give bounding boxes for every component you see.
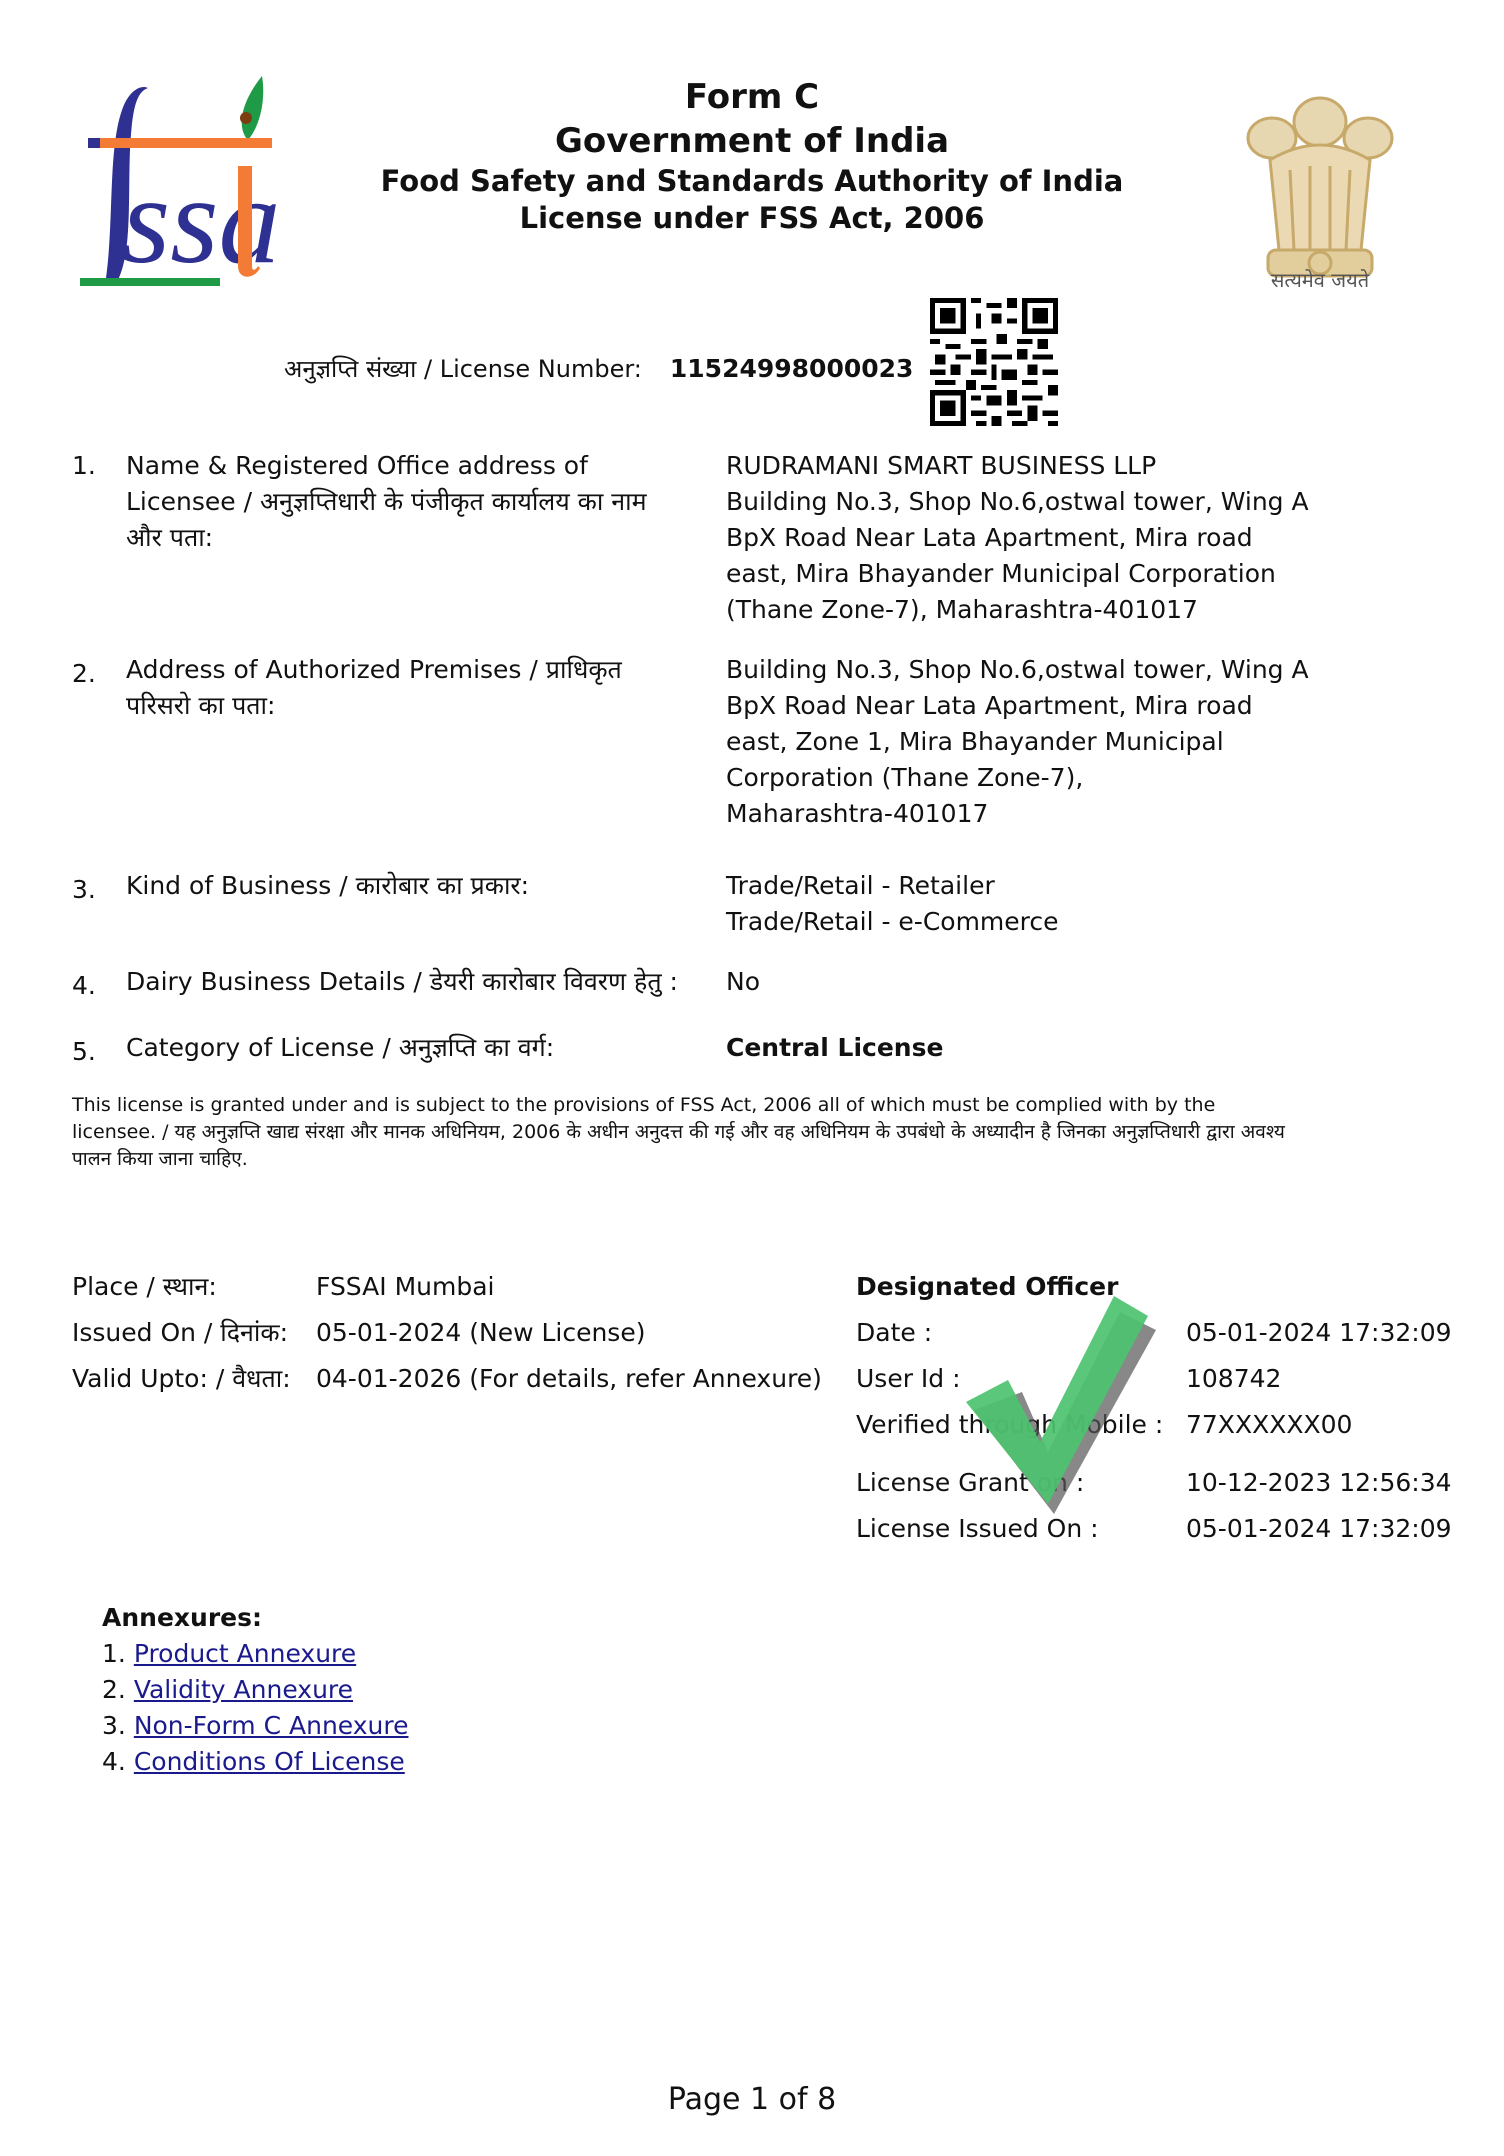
issued-value: 05-01-2024 (New License) xyxy=(316,1310,645,1356)
annexure-item: 3. Non-Form C Annexure xyxy=(102,1708,408,1744)
address-line: east, Mira Bhayander Municipal Corporati… xyxy=(726,556,1346,592)
document-header: Form C Government of India Food Safety a… xyxy=(300,76,1204,237)
field-label: Kind of Business / कारोबार का प्रकार: xyxy=(126,868,686,904)
field-number: 4. xyxy=(72,968,122,1004)
place-label: Place / स्थान: xyxy=(72,1264,316,1310)
address-line: Maharashtra-401017 xyxy=(726,796,1346,832)
annexure-number: 4. xyxy=(102,1747,126,1776)
annexure-item: 4. Conditions Of License xyxy=(102,1744,408,1780)
validity-annexure-link[interactable]: Validity Annexure xyxy=(134,1675,353,1704)
annexures-heading: Annexures: xyxy=(102,1600,408,1636)
field-value: No xyxy=(726,964,1346,1000)
product-annexure-link[interactable]: Product Annexure xyxy=(134,1639,356,1668)
license-issued-value: 05-01-2024 17:32:09 xyxy=(1186,1506,1452,1552)
address-line: Corporation (Thane Zone-7), xyxy=(726,760,1346,796)
conditions-of-license-link[interactable]: Conditions Of License xyxy=(134,1747,405,1776)
valid-label: Valid Upto: / वैधता: xyxy=(72,1356,316,1402)
license-meta: Place / स्थान: FSSAI Mumbai Issued On / … xyxy=(72,1264,822,1402)
officer-date-value: 05-01-2024 17:32:09 xyxy=(1186,1310,1452,1356)
address-line: Building No.3, Shop No.6,ostwal tower, W… xyxy=(726,484,1346,520)
annexure-number: 2. xyxy=(102,1675,126,1704)
address-line: BpX Road Near Lata Apartment, Mira road xyxy=(726,520,1346,556)
field-value: Building No.3, Shop No.6,ostwal tower, W… xyxy=(726,652,1346,832)
annexures-section: Annexures: 1. Product Annexure 2. Validi… xyxy=(102,1600,408,1780)
dairy-value: No xyxy=(726,964,1346,1000)
valid-value: 04-01-2026 (For details, refer Annexure) xyxy=(316,1356,822,1402)
field-label: Category of License / अनुज्ञप्ति का वर्ग… xyxy=(126,1030,686,1066)
field-value: Central License xyxy=(726,1030,1346,1066)
business-kind: Trade/Retail - e-Commerce xyxy=(726,904,1346,940)
national-emblem-icon: सत्यमेव जयते xyxy=(1210,70,1430,290)
place-value: FSSAI Mumbai xyxy=(316,1264,494,1310)
annexure-item: 1. Product Annexure xyxy=(102,1636,408,1672)
annexure-number: 3. xyxy=(102,1711,126,1740)
government-title: Government of India xyxy=(300,120,1204,164)
address-line: BpX Road Near Lata Apartment, Mira road xyxy=(726,688,1346,724)
field-label: Address of Authorized Premises / प्राधिक… xyxy=(126,652,686,724)
authority-title: Food Safety and Standards Authority of I… xyxy=(300,163,1204,200)
emblem-motto: सत्यमेव जयते xyxy=(1210,266,1430,293)
place-row: Place / स्थान: FSSAI Mumbai xyxy=(72,1264,822,1310)
legal-note: This license is granted under and is sub… xyxy=(72,1092,1292,1173)
act-title: License under FSS Act, 2006 xyxy=(300,200,1204,237)
license-category: Central License xyxy=(726,1030,1346,1066)
non-form-c-annexure-link[interactable]: Non-Form C Annexure xyxy=(134,1711,409,1740)
field-value: Trade/Retail - Retailer Trade/Retail - e… xyxy=(726,868,1346,940)
business-kind: Trade/Retail - Retailer xyxy=(726,868,1346,904)
valid-row: Valid Upto: / वैधता: 04-01-2026 (For det… xyxy=(72,1356,822,1402)
address-line: Building No.3, Shop No.6,ostwal tower, W… xyxy=(726,652,1346,688)
officer-mobile-value: 77XXXXXX00 xyxy=(1186,1402,1352,1448)
address-line: (Thane Zone-7), Maharashtra-401017 xyxy=(726,592,1346,628)
license-number-value: 11524998000023 xyxy=(670,354,914,383)
license-grant-value: 10-12-2023 12:56:34 xyxy=(1186,1460,1452,1506)
page-number: Page 1 of 8 xyxy=(0,2082,1504,2117)
license-number-row: अनुज्ञप्ति संख्या / License Number: 1152… xyxy=(284,352,913,385)
field-number: 5. xyxy=(72,1034,122,1070)
field-number: 2. xyxy=(72,656,122,692)
form-title: Form C xyxy=(300,76,1204,120)
verified-checkmark-icon xyxy=(950,1282,1160,1522)
field-value: RUDRAMANI SMART BUSINESS LLP Building No… xyxy=(726,448,1346,628)
qr-code-icon xyxy=(930,298,1058,426)
issued-label: Issued On / दिनांक: xyxy=(72,1310,316,1356)
license-number-label: अनुज्ञप्ति संख्या / License Number: xyxy=(284,352,642,385)
annexure-number: 1. xyxy=(102,1639,126,1668)
field-label: Dairy Business Details / डेयरी कारोबार व… xyxy=(126,964,686,1000)
field-number: 3. xyxy=(72,872,122,908)
field-label: Name & Registered Office address of Lice… xyxy=(126,448,686,556)
annexure-item: 2. Validity Annexure xyxy=(102,1672,408,1708)
address-line: east, Zone 1, Mira Bhayander Municipal xyxy=(726,724,1346,760)
licensee-name: RUDRAMANI SMART BUSINESS LLP xyxy=(726,448,1346,484)
fssai-logo: ssa xyxy=(70,70,290,290)
issued-row: Issued On / दिनांक: 05-01-2024 (New Lice… xyxy=(72,1310,822,1356)
officer-user-value: 108742 xyxy=(1186,1356,1281,1402)
field-number: 1. xyxy=(72,448,122,484)
